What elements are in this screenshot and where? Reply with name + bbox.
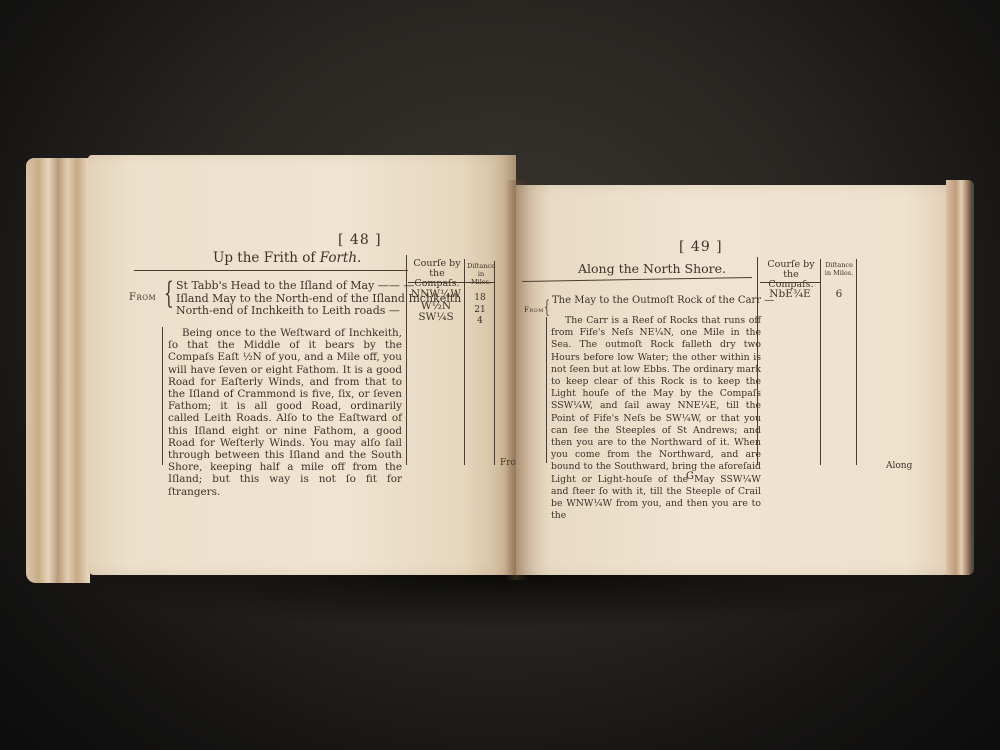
distance-value: 4 bbox=[466, 316, 494, 328]
header-rule bbox=[134, 270, 408, 271]
column-divider bbox=[464, 259, 465, 465]
left-page: [ 48 ] Up the Frith of Forth. Courſe by … bbox=[88, 155, 516, 575]
column-divider bbox=[494, 261, 495, 465]
page-number-49: [ 49 ] bbox=[679, 239, 723, 255]
course-value: NNW¼W bbox=[408, 289, 464, 301]
distance-list: 6 bbox=[822, 289, 856, 301]
route-item: The May to the Outmoſt Rock of the Carr … bbox=[552, 295, 774, 308]
distance-value: 18 bbox=[466, 293, 494, 305]
course-list: NNW¼W W½N SW¼S bbox=[408, 289, 464, 324]
distance-value: 21 bbox=[466, 305, 494, 317]
brace: { bbox=[164, 279, 174, 309]
paragraph-text: Being once to the Weſtward of Inchkeith,… bbox=[168, 327, 402, 498]
distance-list: 18 21 4 bbox=[466, 293, 494, 328]
distance-value: 6 bbox=[822, 289, 856, 301]
page-number-48: [ 48 ] bbox=[338, 232, 382, 248]
paragraph-text: The Carr is a Reef of Rocks that runs of… bbox=[551, 315, 761, 522]
header-rule bbox=[760, 282, 820, 283]
from-label: From bbox=[524, 306, 544, 314]
catchword: Along bbox=[886, 461, 912, 471]
column-header-distance: Diſtance in Miles. bbox=[822, 261, 856, 277]
course-list: NbE¾E bbox=[760, 289, 820, 301]
course-value: NbE¾E bbox=[760, 289, 820, 301]
route-list: The May to the Outmoſt Rock of the Carr … bbox=[552, 295, 774, 308]
signature-mark: G bbox=[686, 471, 694, 482]
from-label: From bbox=[129, 292, 156, 303]
course-value: SW¼S bbox=[408, 312, 464, 324]
heading-prefix: Up the Frith of bbox=[213, 250, 320, 266]
header-rule bbox=[522, 277, 752, 282]
right-page-edges bbox=[946, 180, 974, 575]
column-divider bbox=[856, 259, 857, 465]
left-page-edges bbox=[26, 158, 90, 583]
page-heading-left: Up the Frith of Forth. bbox=[213, 250, 361, 266]
right-page: [ 49 ] Along the North Shore. Courſe by … bbox=[516, 185, 950, 575]
paragraph-margin-rule bbox=[162, 327, 163, 465]
column-header-course: Courſe by the Compaſs. bbox=[760, 260, 822, 290]
paragraph-margin-rule bbox=[546, 317, 547, 463]
heading-italic: Forth. bbox=[320, 250, 362, 266]
page-heading-right: Along the North Shore. bbox=[578, 261, 726, 276]
